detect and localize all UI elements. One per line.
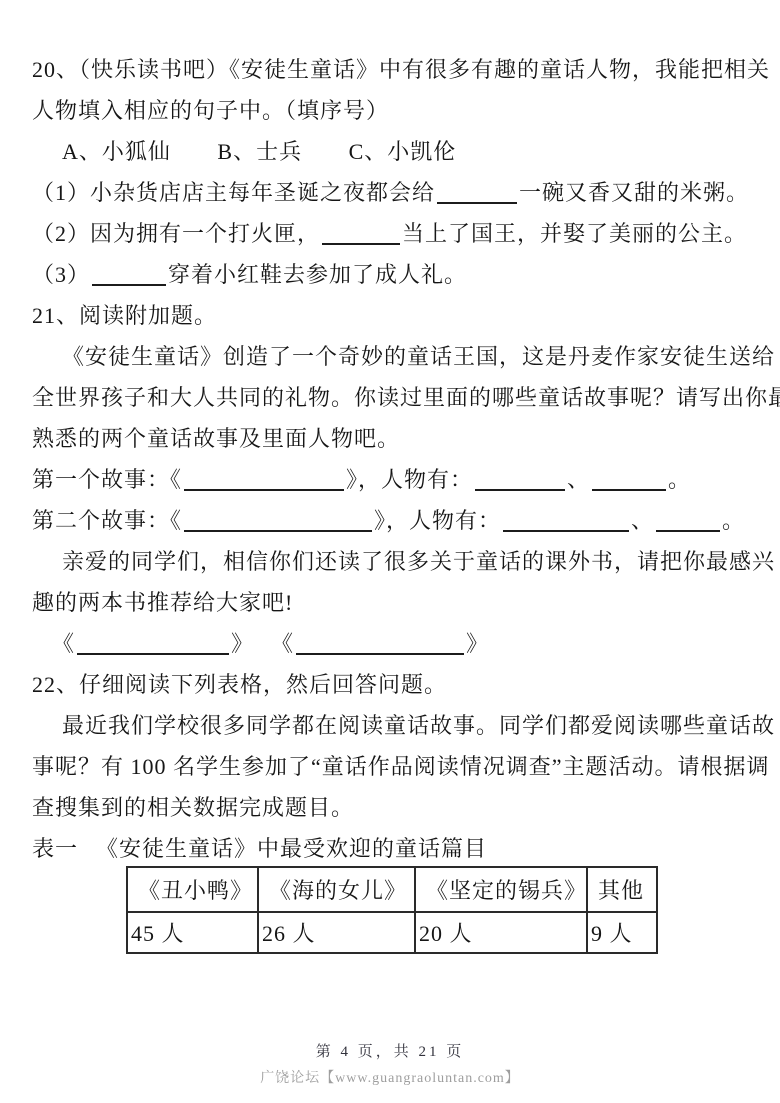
table-caption-title: 《安徒生童话》中最受欢迎的童话篇目 [96,836,487,861]
q20-option-b: B、士兵 [217,139,302,164]
q21-story2-period: 。 [722,508,745,533]
table-value-other: 9 人 [587,912,657,953]
q22-para-line1: 最近我们学校很多同学都在阅读童话故事。同学们都爱阅读哪些童话故 [32,705,762,746]
q21-story1-row: 第一个故事：《》，人物有：、。 [32,459,762,500]
q20-item2-answer-blank [322,235,400,245]
q20-stem-line2: 人物填入相应的句子中。（填序号） [32,90,762,131]
q21-story2-character1-blank [503,522,629,532]
table-value-row: 45 人 26 人 20 人 9 人 [127,912,657,953]
q21-book2-close-bracket: 》 [466,631,489,656]
survey-results-table: 《丑小鸭》 《海的女儿》 《坚定的锡兵》 其他 45 人 26 人 20 人 9… [126,866,658,954]
q20-option-c: C、小凯伦 [349,139,457,164]
q21-book1-open-bracket: 《 [52,631,75,656]
q20-item1-text-post: 一碗又香又甜的米粥。 [519,180,749,205]
q22-para-line2: 事呢？有 100 名学生参加了“童话作品阅读情况调查”主题活动。请根据调 [32,746,762,787]
q21-para2-line1: 亲爱的同学们，相信你们还读了很多关于童话的课外书，请把你最感兴 [32,541,762,582]
q22-para-line3: 查搜集到的相关数据完成题目。 [32,787,762,828]
q22-title: 22、仔细阅读下列表格，然后回答问题。 [32,664,762,705]
q20-item3-text-pre: （3） [32,262,90,287]
q21-para1-line3: 熟悉的两个童话故事及里面人物吧。 [32,418,762,459]
forum-watermark: 广饶论坛【www.guangraoluntan.com】 [0,1067,780,1087]
q21-title: 21、阅读附加题。 [32,295,762,336]
q20-item1-text-pre: （1）小杂货店店主每年圣诞之夜都会给 [32,180,435,205]
q21-story1-period: 。 [668,467,691,492]
q20-item-1: （1）小杂货店店主每年圣诞之夜都会给一碗又香又甜的米粥。 [32,172,762,213]
table-header-other: 其他 [587,867,657,912]
q21-story2-label: 第二个故事：《 [32,508,182,533]
table-header-ugly-duckling: 《丑小鸭》 [127,867,258,912]
q20-item2-text-pre: （2）因为拥有一个打火匣， [32,221,320,246]
table-value-ugly-duckling: 45 人 [127,912,258,953]
q21-story2-row: 第二个故事：《》，人物有：、。 [32,500,762,541]
q21-book2-blank [296,645,464,655]
q21-story1-mid: 》，人物有： [346,467,473,492]
q21-story2-mid: 》，人物有： [374,508,501,533]
q20-stem-line1: 20、（快乐读书吧）《安徒生童话》中有很多有趣的童话人物，我能把相关 [32,49,762,90]
q21-para1-line1: 《安徒生童话》创造了一个奇妙的童话王国，这是丹麦作家安徒生送给 [32,336,762,377]
page-number: 第 4 页，共 21 页 [0,1040,780,1061]
table-header-tin-soldier: 《坚定的锡兵》 [415,867,587,912]
table-value-little-mermaid: 26 人 [258,912,415,953]
table-header-row: 《丑小鸭》 《海的女儿》 《坚定的锡兵》 其他 [127,867,657,912]
q21-story1-label: 第一个故事：《 [32,467,182,492]
q21-story1-character1-blank [475,481,565,491]
q21-book-recommendation-row: 《》《》 [32,623,762,664]
q21-book2-open-bracket: 《 [282,631,294,656]
q21-story2-character2-blank [656,522,720,532]
q20-options-row: A、小狐仙 B、士兵 C、小凯伦 [32,131,762,172]
q21-story1-separator: 、 [567,467,590,492]
q20-option-a: A、小狐仙 [62,139,171,164]
q20-item2-text-post: 当上了国王，并娶了美丽的公主。 [402,221,747,246]
exam-paper-page: 20、（快乐读书吧）《安徒生童话》中有很多有趣的童话人物，我能把相关 人物填入相… [0,0,780,1103]
q21-story2-separator: 、 [631,508,654,533]
q20-item-2: （2）因为拥有一个打火匣，当上了国王，并娶了美丽的公主。 [32,213,762,254]
q21-story2-title-blank [184,522,372,532]
q20-item1-answer-blank [437,194,517,204]
q21-story1-title-blank [184,481,344,491]
q20-item3-answer-blank [92,276,166,286]
table-header-little-mermaid: 《海的女儿》 [258,867,415,912]
table-caption: 表一《安徒生童话》中最受欢迎的童话篇目 [32,828,762,869]
page-content: 20、（快乐读书吧）《安徒生童话》中有很多有趣的童话人物，我能把相关 人物填入相… [32,49,762,954]
q21-para1-line2: 全世界孩子和大人共同的礼物。你读过里面的哪些童话故事呢？请写出你最 [32,377,762,418]
q21-book1-blank [77,645,229,655]
q21-para2-line2: 趣的两本书推荐给大家吧! [32,582,762,623]
table-caption-label: 表一 [32,836,78,861]
q20-item-3: （3）穿着小红鞋去参加了成人礼。 [32,254,762,295]
table-value-tin-soldier: 20 人 [415,912,587,953]
q21-story1-character2-blank [592,481,666,491]
q20-item3-text-post: 穿着小红鞋去参加了成人礼。 [168,262,467,287]
q21-book1-close-bracket: 》 [231,631,254,656]
